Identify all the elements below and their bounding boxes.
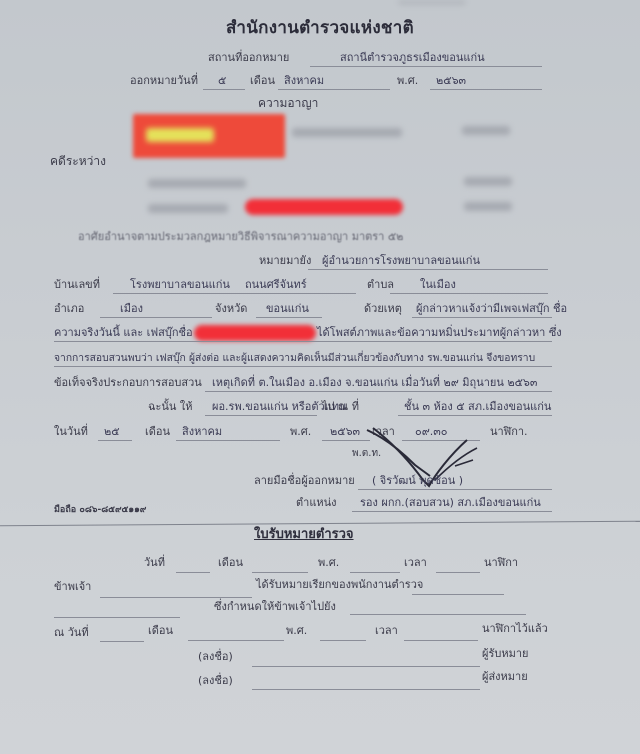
appt-month-label: เดือน (145, 425, 170, 439)
position-value: รอง ผกก.(สอบสวน) สภ.เมืองขอนแก่น (360, 496, 541, 510)
appt-day-underline (98, 440, 132, 441)
receipt-on-day-label: ณ วันที่ (54, 626, 89, 640)
redaction-facebook-name (194, 325, 316, 341)
receipt-sign-label-2: (ลงชื่อ) (198, 674, 233, 688)
appt-month: สิงหาคม (182, 425, 222, 439)
issue-year-label: พ.ศ. (397, 74, 418, 88)
position-underline (352, 511, 552, 512)
signature-name: ( จิรวัฒน์ พุดซ้อน ) (372, 474, 463, 488)
appt-day: ๒๕ (104, 425, 120, 439)
receipt-on-year-field[interactable] (320, 640, 366, 641)
province-underline (256, 317, 322, 318)
issue-month-underline (278, 89, 390, 90)
blurred-party-3-role (464, 202, 512, 211)
receipt-receiver-signature-field[interactable] (252, 666, 480, 667)
reason-line-2b: ได้โพสต์ภาพและข้อความหมิ่นประมาทผู้กล่าว… (317, 326, 562, 340)
issue-month-label: เดือน (250, 74, 275, 88)
receipt-on-month-field[interactable] (188, 640, 284, 641)
blurred-party-3 (148, 204, 228, 213)
redaction-highlight (146, 128, 214, 142)
place-value: สถานีตำรวจภูธรเมืองขอนแก่น (340, 51, 485, 65)
authority-line: อาศัยอำนาจตามประมวลกฎหมายวิธีพิจารณาความ… (78, 230, 403, 244)
summons-to-label: หมายมายัง (259, 254, 311, 268)
blurred-party-2-role (464, 177, 512, 186)
receipt-year-field[interactable] (350, 572, 400, 573)
reason-line-4b: เหตุเกิดที่ ต.ในเมือง อ.เมือง จ.ขอนแก่น … (212, 376, 537, 390)
issue-month: สิงหาคม (284, 74, 324, 88)
receipt-time-label: เวลา (404, 556, 427, 570)
go-underline (398, 415, 552, 416)
signature-icon (355, 420, 505, 500)
receipt-place-field-2[interactable] (350, 614, 526, 615)
receipt-title: ใบรับหมายตำรวจ (254, 528, 354, 542)
parties-label: คดีระหว่าง (50, 154, 106, 168)
district-value: เมือง (120, 302, 143, 316)
district-label: อำเภอ (54, 302, 84, 316)
subdistrict-label: ตำบล (367, 278, 394, 292)
agency-title: สำนักงานตำรวจแห่งชาติ (0, 14, 640, 41)
receipt-place-field-1[interactable] (54, 617, 180, 618)
issue-year: ๒๕๖๓ (436, 74, 466, 88)
reason-underline-4 (205, 391, 552, 392)
redaction-scribble (245, 199, 403, 215)
subdistrict-value: ในเมือง (420, 278, 456, 292)
receipt-i-label: ข้าพเจ้า (54, 580, 91, 594)
receipt-scheduled-text: ซึ่งกำหนดให้ข้าพเจ้าไปยัง (214, 600, 336, 614)
house-value-2: ถนนศรีจันทร์ (245, 278, 307, 292)
section-divider (0, 521, 640, 526)
subdistrict-underline (390, 293, 548, 294)
receipt-on-time-label: เวลา (375, 624, 398, 638)
receipt-year-label: พ.ศ. (318, 556, 339, 570)
place-underline (310, 66, 542, 67)
house-underline (113, 293, 356, 294)
reason-underline-3 (54, 366, 552, 367)
therefore-underline (205, 415, 317, 416)
issue-year-underline (430, 89, 542, 90)
receipt-sign-label-1: (ลงชื่อ) (198, 650, 233, 664)
phone-number: มือถือ ๐๘๖-๘๕๙๕๑๑๙ (54, 503, 146, 517)
house-label: บ้านเลขที่ (54, 278, 100, 292)
reason-underline-2 (54, 341, 552, 342)
receipt-on-time-field[interactable] (404, 640, 478, 641)
faint-header-text (398, 0, 466, 5)
appt-day-label: ในวันที่ (54, 425, 88, 439)
reason-line-1: ผู้กล่าวหาแจ้งว่ามีเพจเฟสบุ๊ก ชื่อ (416, 302, 567, 316)
go-value: ชั้น ๓ ห้อง ๕ สภ.เมืองขอนแก่น (404, 400, 551, 414)
sender-label: ผู้ส่งหมาย (482, 670, 528, 684)
receipt-month-label: เดือน (218, 556, 243, 570)
case-type: ความอาญา (258, 96, 318, 110)
go-label: ไป ณ ที่ (322, 400, 359, 414)
issue-day: ๕ (218, 74, 226, 88)
receipt-on-day-field[interactable] (100, 641, 144, 642)
receipt-minute-label: นาฬิกา (484, 556, 518, 570)
blurred-party-1-role (462, 126, 510, 135)
reason-line-3: จากการสอบสวนพบว่า เฟสบุ๊ก ผู้ส่งต่อ และผ… (54, 351, 535, 365)
receipt-on-minute-label: นาฬิกาไว้แล้ว (482, 622, 548, 636)
reason-line-2a: ความจริงวันนี้ และ เฟสบุ๊กชื่อ (54, 326, 193, 340)
issue-day-underline (203, 89, 245, 90)
province-label: จังหวัด (215, 302, 247, 316)
position-label: ตำแหน่ง (296, 496, 337, 510)
receipt-time-field[interactable] (436, 572, 480, 573)
receipt-on-year-label: พ.ศ. (286, 624, 307, 638)
appt-month-underline (176, 440, 280, 441)
signature-label: ลายมือชื่อผู้ออกหมาย (254, 474, 355, 488)
summons-document: สำนักงานตำรวจแห่งชาติ สถานที่ออกหมาย สถา… (0, 0, 640, 754)
receiver-label: ผู้รับหมาย (482, 647, 528, 661)
issue-day-label: ออกหมายวันที่ (130, 74, 198, 88)
province-value: ขอนแก่น (266, 302, 309, 316)
district-underline (100, 317, 212, 318)
receipt-name-field[interactable] (100, 597, 252, 598)
receipt-month-field[interactable] (252, 572, 308, 573)
reason-label: ด้วยเหตุ (364, 302, 402, 316)
receipt-received-text: ได้รับหมายเรียกของพนักงานตำรวจ (256, 578, 423, 592)
receipt-sender-signature-field[interactable] (252, 689, 480, 690)
reason-line-4a: ข้อเท็จจริงประกอบการสอบสวน (54, 376, 202, 390)
receipt-on-month-label: เดือน (148, 624, 173, 638)
therefore-label: ฉะนั้น ให้ (148, 400, 193, 414)
signature-underline (358, 489, 552, 490)
house-value-1: โรงพยาบาลขอนแก่น (130, 278, 230, 292)
summons-to-value: ผู้อำนวยการโรงพยาบาลขอนแก่น (322, 254, 480, 268)
blurred-party-2 (148, 179, 246, 188)
summons-to-underline (308, 269, 548, 270)
blurred-party-1 (292, 128, 402, 137)
receipt-officer-field[interactable] (412, 594, 504, 595)
appt-year-label: พ.ศ. (290, 425, 311, 439)
receipt-day-field[interactable] (176, 572, 210, 573)
place-label: สถานที่ออกหมาย (208, 51, 289, 65)
receipt-day-label: วันที่ (144, 556, 165, 570)
reason-underline-1 (412, 317, 552, 318)
